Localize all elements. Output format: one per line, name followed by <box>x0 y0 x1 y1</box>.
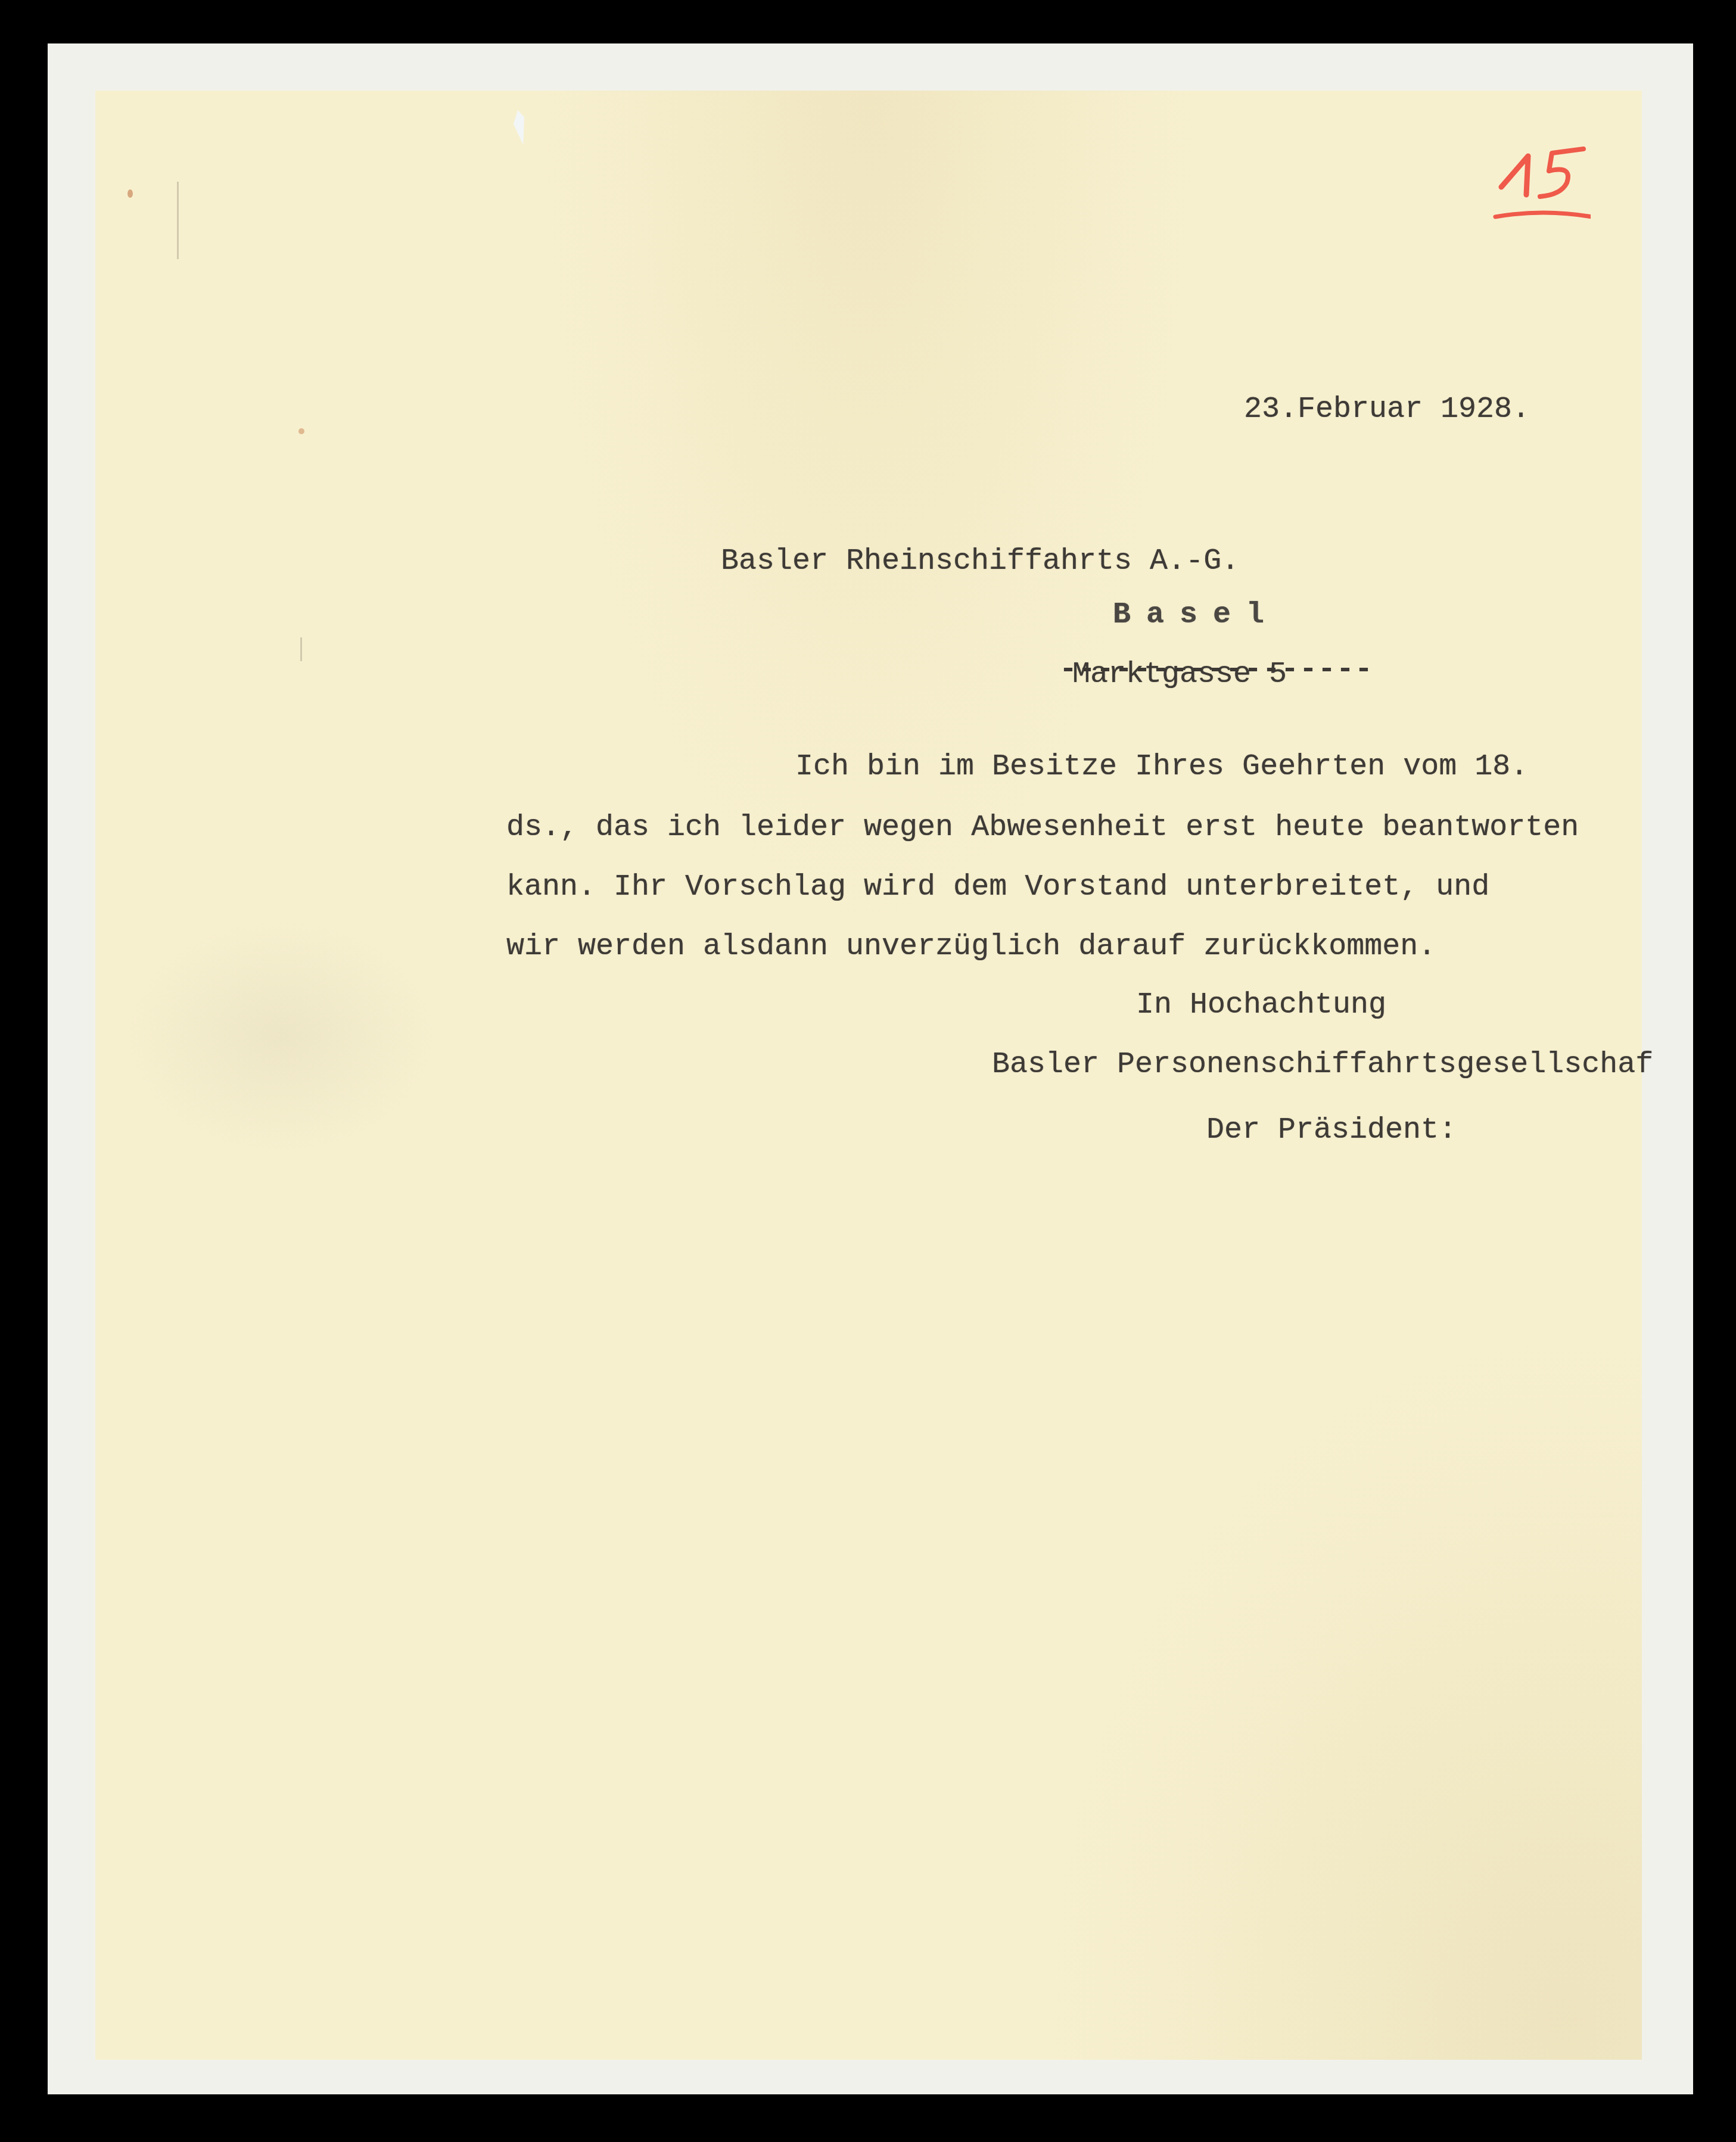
body-line-1: Ich bin im Besitze Ihres Geehrten vom 18… <box>795 752 1528 782</box>
closing-signatory: Der Präsident: <box>1206 1116 1457 1145</box>
folio-number-handwritten <box>1483 138 1591 222</box>
recipient-street: Marktgasse 5 <box>1072 660 1287 690</box>
pencil-mark <box>300 637 302 661</box>
body-line-3: kann. Ihr Vorschlag wird dem Vorstand un… <box>506 873 1489 902</box>
letter-date: 23.Februar 1928. <box>1244 395 1530 425</box>
rust-stain <box>127 189 133 198</box>
rust-stain <box>298 428 304 434</box>
closing-salutation: In Hochachtung <box>1136 991 1386 1020</box>
body-line-4: wir werden alsdann unverzüglich darauf z… <box>506 932 1436 962</box>
recipient-name: Basler Rheinschiffahrts A.-G. <box>721 547 1239 577</box>
body-line-2: ds., das ich leider wegen Abwesenheit er… <box>506 813 1579 843</box>
closing-company: Basler Personenschiffahrtsgesellschaf <box>992 1050 1653 1080</box>
pencil-mark <box>177 182 179 259</box>
recipient-city: Basel <box>1113 600 1280 630</box>
